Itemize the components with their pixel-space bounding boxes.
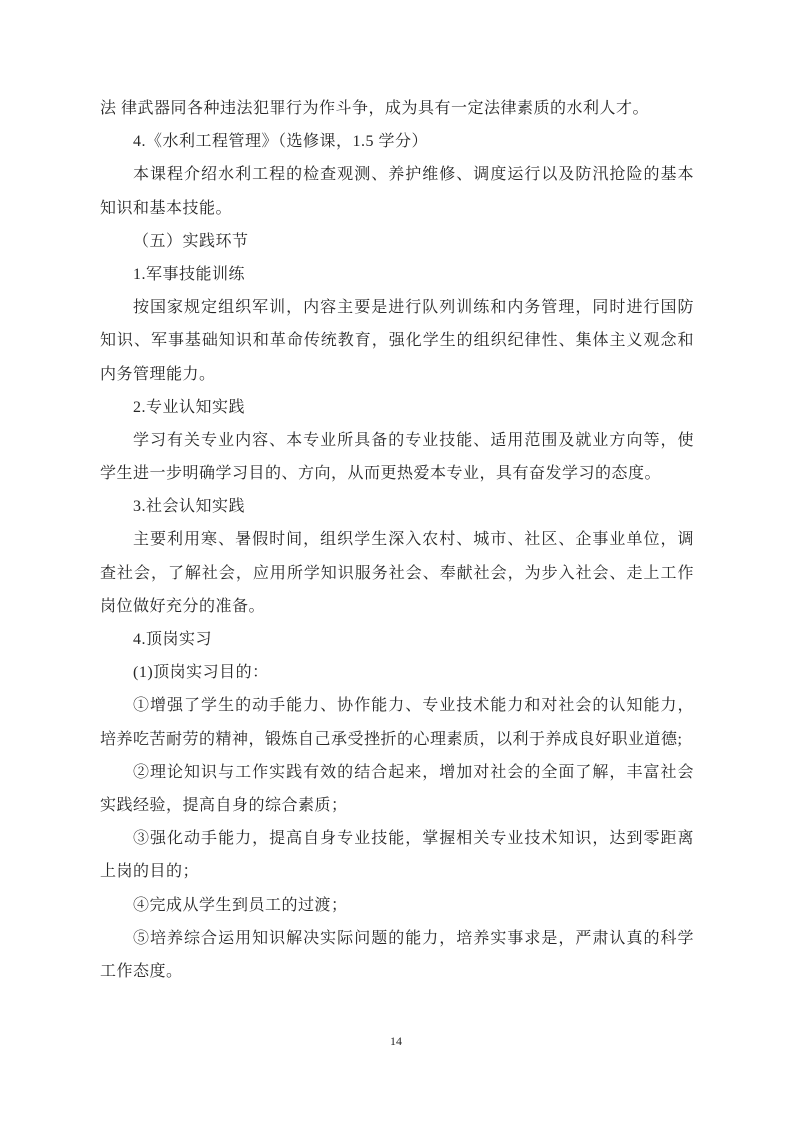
text-line: ⑤培养综合运用知识解决实际问题的能力，培养实事求是，严肃认真的科学 xyxy=(100,922,694,955)
text-line: (1)顶岗实习目的： xyxy=(100,656,694,689)
text-line: 按国家规定组织军训，内容主要是进行队列训练和内务管理，同时进行国防 xyxy=(100,291,694,324)
text-line: 知识、军事基础知识和革命传统教育，强化学生的组织纪律性、集体主义观念和 xyxy=(100,324,694,357)
text-line: 主要利用寒、暑假时间，组织学生深入农村、城市、社区、企事业单位，调 xyxy=(100,523,694,556)
text-line: ③强化动手能力，提高自身专业技能，掌握相关专业技术知识，达到零距离 xyxy=(100,822,694,855)
text-line: 学生进一步明确学习目的、方向，从而更热爱本专业，具有奋发学习的态度。 xyxy=(100,457,694,490)
text-line: ①增强了学生的动手能力、协作能力、专业技术能力和对社会的认知能力， xyxy=(100,689,694,722)
text-line: 3.社会认知实践 xyxy=(100,490,694,523)
text-line: 岗位做好充分的准备。 xyxy=(100,590,694,623)
text-line: 实践经验，提高自身的综合素质； xyxy=(100,789,694,822)
text-line: 4.《水利工程管理》（选修课，1.5 学分） xyxy=(100,125,694,158)
text-line: 1.军事技能训练 xyxy=(100,258,694,291)
text-line: 培养吃苦耐劳的精神，锻炼自己承受挫折的心理素质，以利于养成良好职业道德; xyxy=(100,723,694,756)
text-line: 2.专业认知实践 xyxy=(100,391,694,424)
text-line: ②理论知识与工作实践有效的结合起来，增加对社会的全面了解，丰富社会 xyxy=(100,756,694,789)
page-body-text: 法 律武器同各种违法犯罪行为作斗争，成为具有一定法律素质的水利人才。4.《水利工… xyxy=(100,92,694,988)
page-number: 14 xyxy=(0,1033,792,1049)
document-page: 法 律武器同各种违法犯罪行为作斗争，成为具有一定法律素质的水利人才。4.《水利工… xyxy=(0,0,792,1122)
text-line: （五）实践环节 xyxy=(100,225,694,258)
text-line: 法 律武器同各种违法犯罪行为作斗争，成为具有一定法律素质的水利人才。 xyxy=(100,92,694,125)
text-line: 工作态度。 xyxy=(100,955,694,988)
text-line: 4.顶岗实习 xyxy=(100,623,694,656)
text-line: 查社会，了解社会，应用所学知识服务社会、奉献社会，为步入社会、走上工作 xyxy=(100,557,694,590)
text-line: ④完成从学生到员工的过渡； xyxy=(100,889,694,922)
text-line: 本课程介绍水利工程的检查观测、养护维修、调度运行以及防汛抢险的基本 xyxy=(100,158,694,191)
text-line: 学习有关专业内容、本专业所具备的专业技能、适用范围及就业方向等，使 xyxy=(100,424,694,457)
text-line: 知识和基本技能。 xyxy=(100,192,694,225)
text-line: 内务管理能力。 xyxy=(100,358,694,391)
text-line: 上岗的目的； xyxy=(100,855,694,888)
